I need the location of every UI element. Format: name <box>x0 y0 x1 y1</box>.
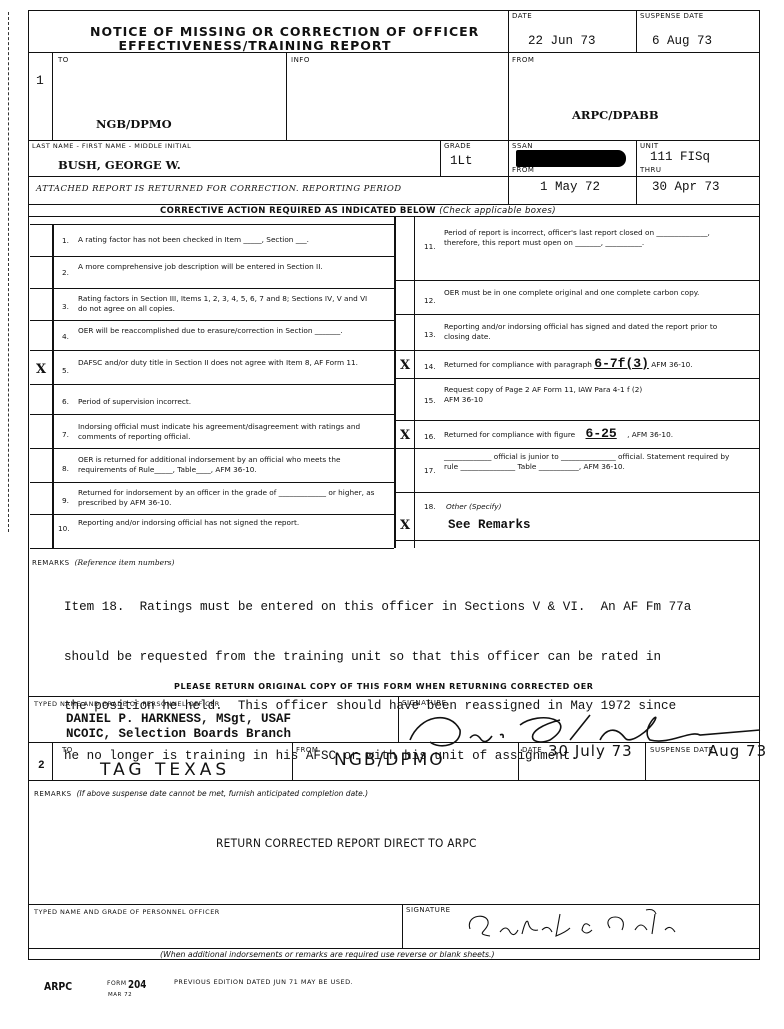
personnel-officer-1-label: TYPED NAME AND GRADE OF PERSONNEL OFFICE… <box>34 700 220 708</box>
divider <box>394 350 760 351</box>
divider <box>636 140 637 204</box>
item-8-number: 8. <box>62 464 69 473</box>
divider <box>28 204 760 205</box>
item-2-text: A more comprehensive job description wil… <box>78 262 348 272</box>
item-7-number: 7. <box>62 430 69 439</box>
item-15-text: Request copy of Page 2 AF Form 11, IAW P… <box>444 385 654 405</box>
item-4-text: OER will be reaccomplished due to erasur… <box>78 326 358 336</box>
left-checkbox-divider <box>52 224 54 548</box>
divider <box>440 140 441 176</box>
item-11-number: 11. <box>424 242 436 251</box>
remarks-2-label: REMARKS (If above suspense date cannot b… <box>34 781 368 800</box>
ssan-label: SSAN <box>512 142 533 150</box>
reporting-period-statement: ATTACHED REPORT IS RETURNED FOR CORRECTI… <box>36 184 401 194</box>
item-10-text: Reporting and/or indorsing official has … <box>78 518 338 528</box>
item-12-number: 12. <box>424 296 436 305</box>
divider <box>30 320 394 321</box>
divider <box>394 420 760 421</box>
divider <box>28 176 760 177</box>
period-from-label: FROM <box>512 166 534 174</box>
item-12-checkbox[interactable] <box>398 288 412 304</box>
item-18-number: 18. <box>424 502 436 511</box>
item-4-number: 4. <box>62 332 69 341</box>
item-14-checkbox[interactable]: X <box>400 358 414 374</box>
divider <box>508 10 509 52</box>
item-18-checkbox[interactable]: X <box>400 518 414 534</box>
item-13-text: Reporting and/or indorsing official has … <box>444 322 734 342</box>
right-checkbox-divider <box>414 216 415 548</box>
divider <box>28 52 760 53</box>
item-1-text: A rating factor has not been checked in … <box>78 235 390 245</box>
divider <box>518 742 519 780</box>
remarks-2-stamp: RETURN CORRECTED REPORT DIRECT TO ARPC <box>216 836 477 850</box>
personnel-officer-1-line2: NCOIC, Selection Boards Branch <box>66 727 291 741</box>
divider <box>52 742 53 780</box>
item-17-number: 17. <box>424 466 436 475</box>
unit-value: 111 FISq <box>650 150 710 164</box>
to-2-label: TO <box>62 746 73 754</box>
signature-2-label: SIGNATURE <box>406 906 451 914</box>
divider <box>402 904 403 948</box>
previous-edition-note: PREVIOUS EDITION DATED JUN 71 MAY BE USE… <box>174 978 353 986</box>
item-17-text: _____________ official is junior to ____… <box>444 452 744 472</box>
corrective-heading-text: CORRECTIVE ACTION REQUIRED AS INDICATED … <box>160 206 436 216</box>
item-14-text-before: Returned for compliance with paragraph <box>444 360 592 369</box>
form-label: FORM <box>107 980 127 987</box>
divider <box>508 52 509 140</box>
item-10-checkbox[interactable] <box>34 524 50 540</box>
from-label: FROM <box>512 56 534 64</box>
item-6-number: 6. <box>62 397 69 406</box>
item-17-checkbox[interactable] <box>398 462 412 478</box>
item-8-text: OER is returned for additional indorseme… <box>78 455 390 475</box>
remarks-1-line: Item 18. Ratings must be entered on this… <box>64 599 691 616</box>
divider <box>394 492 760 493</box>
item-11-checkbox[interactable] <box>398 240 412 256</box>
divider <box>286 52 287 140</box>
signature-2-image <box>460 904 690 944</box>
suspense-date-label: SUSPENSE DATE <box>640 12 704 20</box>
item-3-text: Rating factors in Section III, Items 1, … <box>78 294 368 314</box>
item-10-number: 10. <box>58 524 70 533</box>
remarks-2-label-note: (If above suspense date cannot be met, f… <box>77 789 368 798</box>
item-8-checkbox[interactable] <box>34 458 50 474</box>
divider <box>30 224 394 225</box>
divider <box>394 540 760 541</box>
item-3-number: 3. <box>62 302 69 311</box>
remarks-2-label-text: REMARKS <box>34 790 72 798</box>
item-2-checkbox[interactable] <box>34 264 50 280</box>
corrective-heading-note: (Check applicable boxes) <box>439 206 556 216</box>
divider <box>30 384 394 385</box>
item-18-specify-fill: See Remarks <box>448 518 531 532</box>
item-13-number: 13. <box>424 330 436 339</box>
item-15-checkbox[interactable] <box>398 390 412 406</box>
item-16-text-before: Returned for compliance with figure <box>444 430 575 439</box>
date-2-value: 30 July 73 <box>548 742 633 760</box>
item-16-text-after: , AFM 36-10. <box>627 430 673 439</box>
divider <box>292 742 293 780</box>
divider <box>52 52 53 140</box>
divider <box>30 414 394 415</box>
divider <box>30 350 394 351</box>
center-divider <box>394 216 396 548</box>
corrective-action-heading: CORRECTIVE ACTION REQUIRED AS INDICATED … <box>160 206 556 216</box>
item-15-number: 15. <box>424 396 436 405</box>
item-7-checkbox[interactable] <box>34 424 50 440</box>
period-from-value: 1 May 72 <box>540 180 600 194</box>
margin-line <box>8 12 9 532</box>
section-2-number: 2 <box>38 760 45 772</box>
from-2-value: NGB/DPMO <box>334 750 445 770</box>
divider <box>30 548 394 549</box>
item-16-text: Returned for compliance with figure 6-25… <box>444 429 764 440</box>
personnel-officer-2-label: TYPED NAME AND GRADE OF PERSONNEL OFFICE… <box>34 908 220 916</box>
item-1-number: 1. <box>62 236 69 245</box>
divider <box>508 140 509 204</box>
divider <box>28 140 760 141</box>
footer-note: (When additional indorsements or remarks… <box>160 950 495 959</box>
item-16-figure-fill: 6-25 <box>578 426 625 441</box>
grade-label: GRADE <box>444 142 471 150</box>
section-1-number: 1 <box>36 73 44 88</box>
item-14-text: Returned for compliance with paragraph 6… <box>444 359 764 370</box>
divider <box>30 448 394 449</box>
item-4-checkbox[interactable] <box>34 328 50 344</box>
item-13-checkbox[interactable] <box>398 322 412 338</box>
personnel-officer-1-line1: DANIEL P. HARKNESS, MSgt, USAF <box>66 712 291 726</box>
to-2-value: TAG TEXAS <box>100 760 230 780</box>
return-notice: PLEASE RETURN ORIGINAL COPY OF THIS FORM… <box>174 682 594 691</box>
form-number: 204 <box>128 978 146 991</box>
to-label: TO <box>58 56 69 64</box>
form-date: MAR 72 <box>108 992 132 998</box>
date-label: DATE <box>512 12 532 20</box>
suspense-2-value: Aug 73 <box>708 742 767 760</box>
item-14-text-after: AFM 36-10. <box>651 360 692 369</box>
suspense-2-label: SUSPENSE DATE <box>650 746 714 754</box>
date-value: 22 Jun 73 <box>528 34 596 48</box>
divider <box>394 448 760 449</box>
item-2-number: 2. <box>62 268 69 277</box>
divider <box>28 742 760 743</box>
divider <box>28 696 760 697</box>
info-label: INFO <box>291 56 310 64</box>
name-label: LAST NAME - FIRST NAME - MIDDLE INITIAL <box>32 142 191 150</box>
grade-value: 1Lt <box>450 154 473 168</box>
item-16-checkbox[interactable]: X <box>400 428 414 444</box>
ssan-redaction <box>516 150 626 167</box>
divider <box>30 288 394 289</box>
divider <box>394 314 760 315</box>
divider <box>394 378 760 379</box>
period-thru-value: 30 Apr 73 <box>652 180 720 194</box>
divider <box>636 10 637 52</box>
date-2-label: DATE <box>522 746 542 754</box>
from-value: ARPC/DPABB <box>572 108 659 122</box>
divider <box>30 256 394 257</box>
item-5-checkbox[interactable]: X <box>36 362 52 378</box>
item-9-text: Returned for indorsement by an officer i… <box>78 488 388 508</box>
divider <box>398 696 399 742</box>
item-6-checkbox[interactable] <box>34 392 50 408</box>
item-12-text: OER must be in one complete original and… <box>444 288 704 298</box>
item-6-text: Period of supervision incorrect. <box>78 397 378 407</box>
item-11-text: Period of report is incorrect, officer's… <box>444 228 734 248</box>
divider <box>394 280 760 281</box>
item-3-checkbox[interactable] <box>34 296 50 312</box>
item-9-number: 9. <box>62 496 69 505</box>
period-thru-label: THRU <box>640 166 662 174</box>
item-14-number: 14. <box>424 362 436 371</box>
divider <box>28 948 760 949</box>
divider <box>30 514 394 515</box>
unit-label: UNIT <box>640 142 659 150</box>
form-title-line1: NOTICE OF MISSING OR CORRECTION OF OFFIC… <box>90 24 420 39</box>
item-16-number: 16. <box>424 432 436 441</box>
form-agency: ARPC <box>44 980 72 993</box>
item-5-text: DAFSC and/or duty title in Section II do… <box>78 358 368 368</box>
item-5-number: 5. <box>62 366 69 375</box>
divider <box>645 742 646 780</box>
item-9-checkbox[interactable] <box>34 490 50 506</box>
form-title-line2: EFFECTIVENESS/TRAINING REPORT <box>90 38 420 53</box>
item-14-paragraph-fill: 6-7f(3) <box>594 356 649 371</box>
item-7-text: Indorsing official must indicate his agr… <box>78 422 378 442</box>
item-18-text: Other (Specify) <box>446 502 646 512</box>
from-2-label: FROM <box>296 746 318 754</box>
remarks-1-line: should be requested from the training un… <box>64 649 691 666</box>
item-1-checkbox[interactable] <box>34 234 50 250</box>
officer-name: BUSH, GEORGE W. <box>58 158 181 172</box>
suspense-date-value: 6 Aug 73 <box>652 34 712 48</box>
divider <box>30 482 394 483</box>
to-value: NGB/DPMO <box>96 117 172 131</box>
